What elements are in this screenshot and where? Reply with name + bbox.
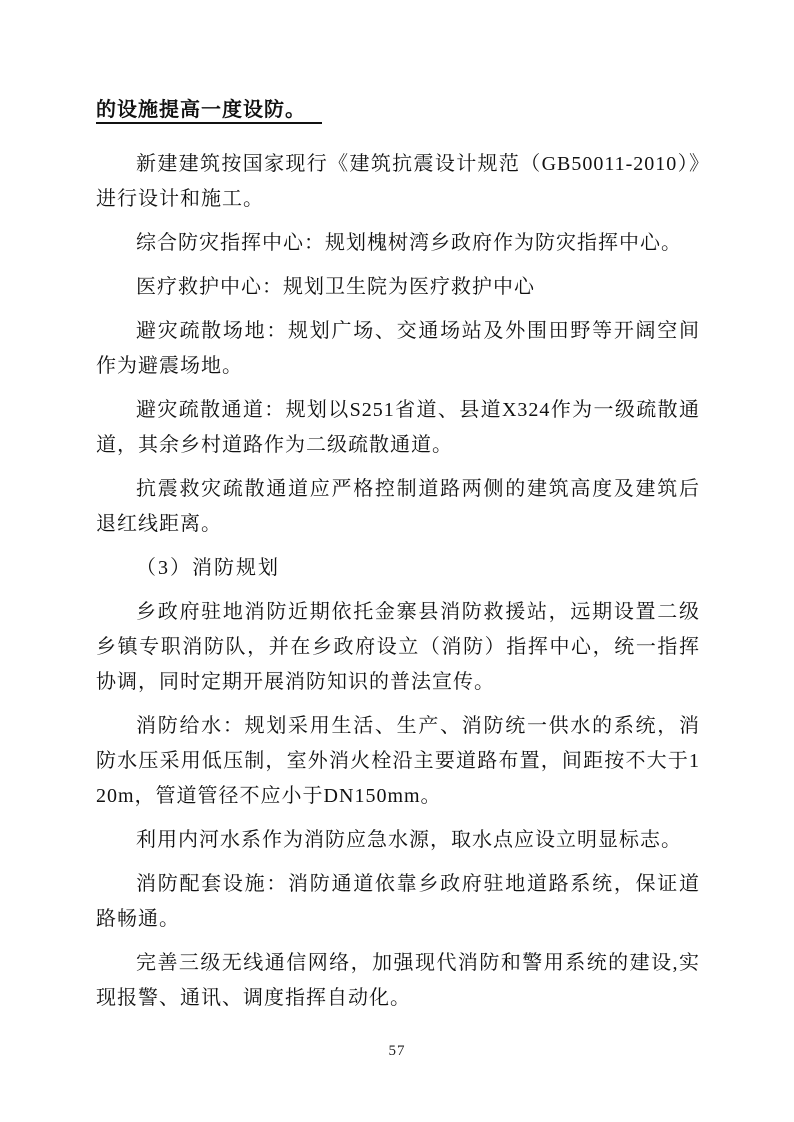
- para-route-control: 抗震救灾疏散通道应严格控制道路两侧的建筑高度及建筑后退红线距离。: [96, 472, 700, 542]
- para-fire-water-supply: 消防给水：规划采用生活、生产、消防统一供水的系统，消防水压采用低压制，室外消火栓…: [96, 709, 700, 814]
- heading-continuation-text: 的设施提高一度设防。: [96, 99, 322, 124]
- para-fire-station: 乡政府驻地消防近期依托金寨县消防救援站，远期设置二级乡镇专职消防队，并在乡政府设…: [96, 595, 700, 700]
- para-evacuation-sites: 避灾疏散场地：规划广场、交通场站及外围田野等开阔空间作为避震场地。: [96, 314, 700, 384]
- para-new-buildings-code: 新建建筑按国家现行《建筑抗震设计规范（GB50011-2010）》进行设计和施工…: [96, 147, 700, 217]
- heading-fire-planning: （3）消防规划: [96, 551, 700, 586]
- page-number: 57: [389, 1043, 406, 1059]
- para-emergency-water-source: 利用内河水系作为消防应急水源，取水点应设立明显标志。: [96, 823, 700, 858]
- para-fire-facilities: 消防配套设施：消防通道依靠乡政府驻地道路系统，保证道路畅通。: [96, 867, 700, 937]
- page-footer: 57: [0, 1042, 794, 1060]
- para-medical-rescue-center: 医疗救护中心：规划卫生院为医疗救护中心: [96, 270, 700, 305]
- document-content: 的设施提高一度设防。 新建建筑按国家现行《建筑抗震设计规范（GB50011-20…: [96, 93, 700, 1016]
- heading-continuation: 的设施提高一度设防。: [96, 93, 700, 128]
- para-evacuation-routes: 避灾疏散通道：规划以S251省道、县道X324作为一级疏散通道，其余乡村道路作为…: [96, 393, 700, 463]
- para-disaster-command-center: 综合防灾指挥中心：规划槐树湾乡政府作为防灾指挥中心。: [96, 226, 700, 261]
- para-wireless-network: 完善三级无线通信网络，加强现代消防和警用系统的建设,实现报警、通讯、调度指挥自动…: [96, 946, 700, 1016]
- document-page: 的设施提高一度设防。 新建建筑按国家现行《建筑抗震设计规范（GB50011-20…: [0, 0, 794, 1122]
